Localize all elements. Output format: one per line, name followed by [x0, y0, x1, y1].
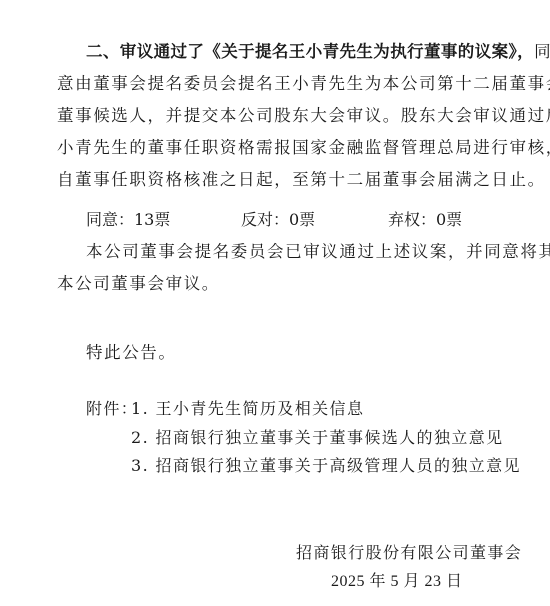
- signature-date: 2025 年 5 月 23 日: [331, 572, 463, 592]
- attachment-item-3: 3. 招商银行独立董事关于高级管理人员的独立意见: [131, 456, 521, 476]
- paragraph1-line-4: 自董事任职资格核准之日起，至第十二届董事会届满之日止。: [57, 170, 546, 190]
- vote-approve: 同意：13票: [86, 210, 170, 230]
- vote-abstain: 弃权：0票: [388, 210, 462, 230]
- paragraph1-line-3: 小青先生的董事任职资格需报国家金融监督管理总局进行审核，任期: [57, 138, 550, 158]
- section-heading-continuation: 同: [534, 42, 550, 61]
- announcement-page: 二、审议通过了《关于提名王小青先生为执行董事的议案》，同 意由董事会提名委员会提…: [0, 0, 550, 606]
- vote-oppose: 反对：0票: [241, 210, 315, 230]
- paragraph2-line-1: 本公司董事会提名委员会已审议通过上述议案，并同意将其提交: [86, 242, 550, 262]
- announcement-closing: 特此公告。: [86, 343, 177, 363]
- attachment-item-2: 2. 招商银行独立董事关于董事候选人的独立意见: [131, 428, 504, 448]
- section-heading-bold: 二、审议通过了《关于提名王小青先生为执行董事的议案》，: [86, 42, 534, 61]
- signature-organization: 招商银行股份有限公司董事会: [296, 543, 522, 563]
- attachment-item-1: 1. 王小青先生简历及相关信息: [131, 399, 364, 419]
- paragraph1-line-1: 意由董事会提名委员会提名王小青先生为本公司第十二届董事会执行: [57, 74, 550, 94]
- paragraph1-line-2: 董事候选人，并提交本公司股东大会审议。股东大会审议通过后，王: [57, 106, 550, 126]
- section-heading: 二、审议通过了《关于提名王小青先生为执行董事的议案》，同: [86, 42, 550, 62]
- vote-results: 同意：13票 反对：0票 弃权：0票: [86, 210, 506, 230]
- paragraph2-line-2: 本公司董事会审议。: [57, 274, 220, 294]
